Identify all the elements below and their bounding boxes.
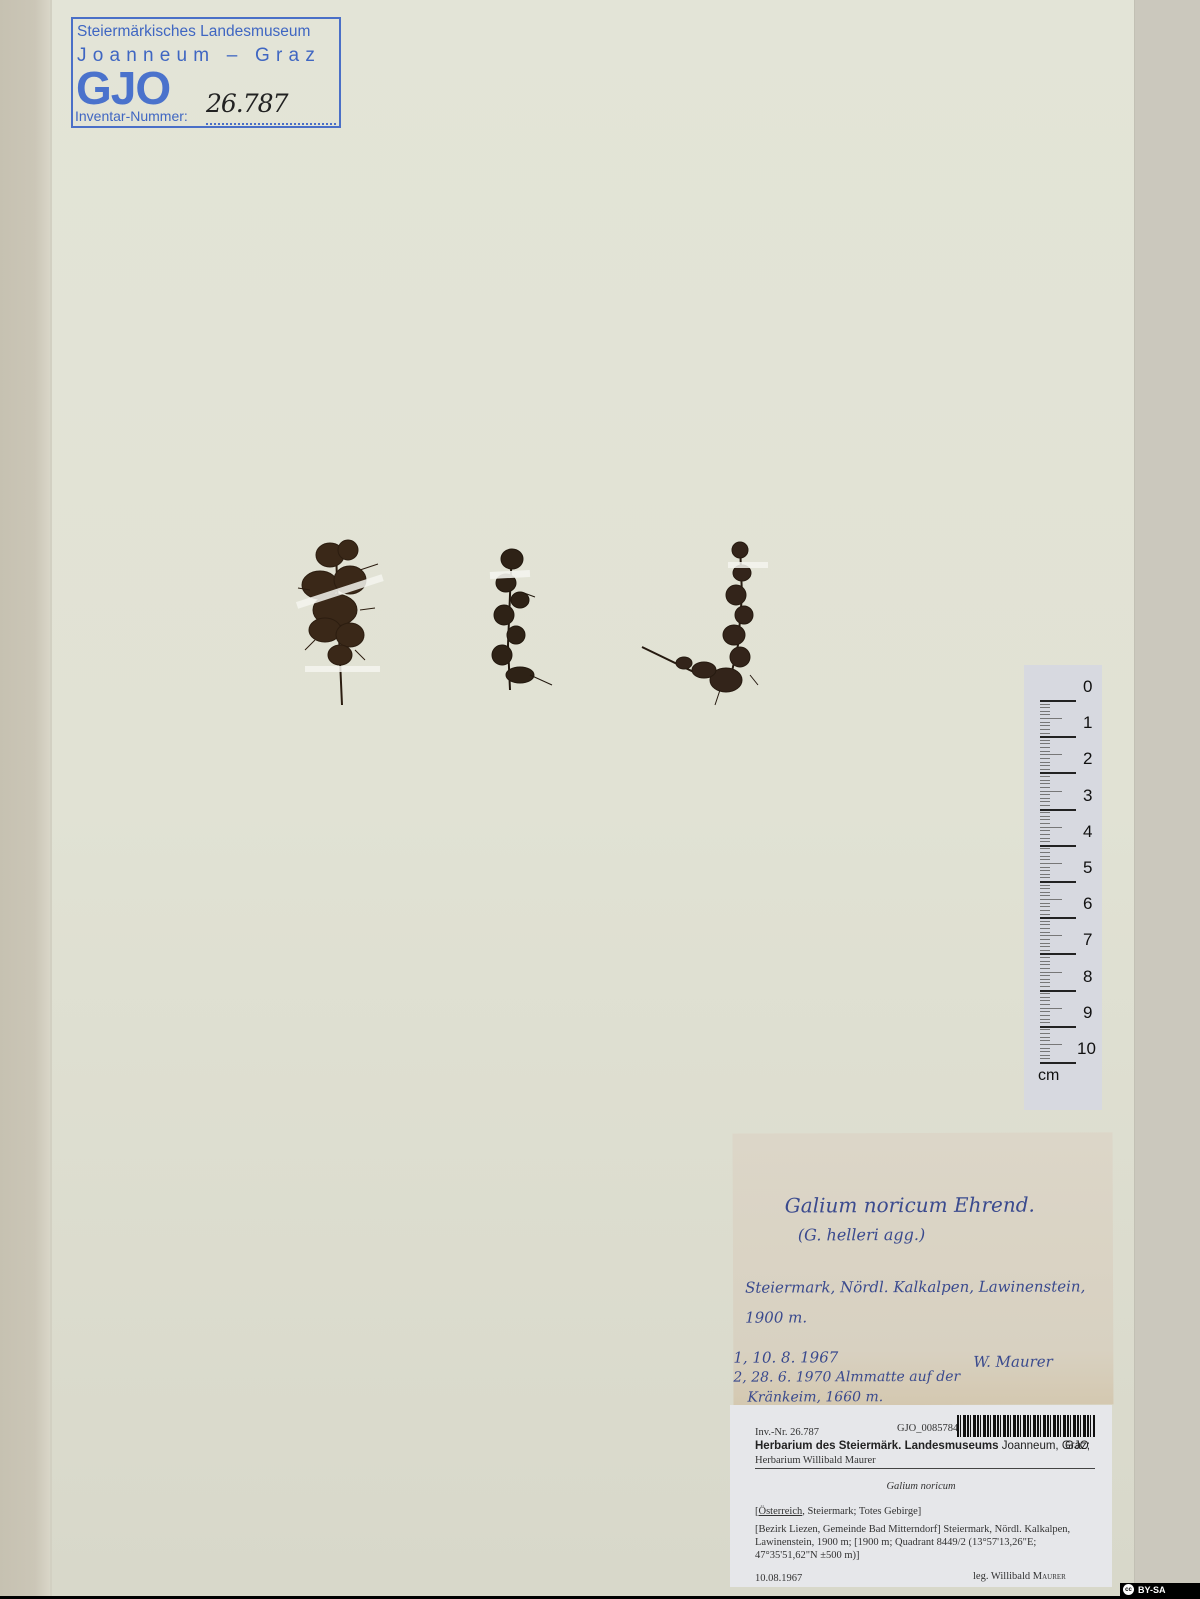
license-text: BY-SA — [1138, 1585, 1166, 1595]
ruler-minor-tick — [1040, 1051, 1050, 1052]
ruler-minor-tick — [1040, 1058, 1050, 1059]
label-divider — [755, 1468, 1095, 1469]
ruler-major-tick — [1040, 772, 1076, 774]
ruler-minor-tick — [1040, 943, 1050, 944]
ruler-major-tick — [1040, 1062, 1076, 1064]
ruler-minor-tick — [1040, 903, 1050, 904]
handwritten-collector: W. Maurer — [973, 1353, 1053, 1371]
ruler-major-tick — [1040, 953, 1076, 955]
ruler-minor-tick — [1040, 1029, 1050, 1030]
ruler-minor-tick — [1040, 856, 1050, 857]
ruler-minor-tick — [1040, 921, 1050, 922]
ruler-minor-tick — [1040, 979, 1050, 980]
ruler-label: 7 — [1083, 930, 1092, 950]
printed-label: Inv.-Nr. 26.787 GJO_0085784 Herbarium de… — [730, 1405, 1112, 1587]
ruler-minor-tick — [1040, 747, 1050, 748]
ruler-minor-tick — [1040, 1037, 1050, 1038]
ruler-minor-tick — [1040, 986, 1050, 987]
background-left-margin — [0, 0, 50, 1596]
geo-rest: , Steiermark; Totes Gebirge] — [802, 1506, 921, 1517]
ruler-minor-tick — [1040, 935, 1062, 936]
ruler-major-tick — [1040, 736, 1076, 738]
sub-herbarium: Herbarium Willibald Maurer — [755, 1455, 876, 1466]
background-right-margin — [1132, 0, 1200, 1596]
ruler-minor-tick — [1040, 972, 1062, 973]
herbarium-name-bold: Herbarium des Steiermärk. Landesmuseums — [755, 1440, 999, 1452]
ruler-minor-tick — [1040, 906, 1050, 907]
scale-ruler: 012345678910 cm — [1024, 665, 1102, 1110]
ruler-major-tick — [1040, 881, 1076, 883]
handwritten-taxon: Galium noricum Ehrend. — [785, 1193, 1035, 1218]
taxon-name: Galium noricum — [730, 1481, 1112, 1492]
ruler-minor-tick — [1040, 863, 1062, 864]
ruler-minor-tick — [1040, 704, 1050, 705]
mounting-tape — [305, 666, 380, 672]
ruler-minor-tick — [1040, 823, 1050, 824]
ruler-minor-tick — [1040, 924, 1050, 925]
ruler-minor-tick — [1040, 783, 1050, 784]
ruler-minor-tick — [1040, 776, 1050, 777]
stamp-acronym: GJO — [76, 61, 170, 115]
handwritten-date-1: 1, 10. 8. 1967 — [733, 1348, 838, 1366]
ruler-minor-tick — [1040, 812, 1050, 813]
stamp-dotted-line — [206, 123, 336, 125]
ruler-minor-tick — [1040, 791, 1062, 792]
ruler-label: 3 — [1083, 786, 1092, 806]
country: Österreich — [759, 1506, 803, 1517]
ruler-minor-tick — [1040, 939, 1050, 940]
ruler-minor-tick — [1040, 968, 1050, 969]
ruler-minor-tick — [1040, 707, 1050, 708]
ruler-minor-tick — [1040, 751, 1050, 752]
ruler-minor-tick — [1040, 722, 1050, 723]
mounting-tape — [728, 562, 768, 568]
handwritten-locality-2: Kränkeim, 1660 m. — [747, 1389, 883, 1405]
handwritten-altitude: 1900 m. — [745, 1308, 807, 1326]
ruler-minor-tick — [1040, 816, 1050, 817]
ruler-minor-tick — [1040, 711, 1050, 712]
ruler-minor-tick — [1040, 932, 1050, 933]
plant-specimen-3 — [640, 535, 770, 715]
ruler-minor-tick — [1040, 841, 1050, 842]
stamp-museum-name: Steiermärkisches Landesmuseum — [77, 23, 310, 41]
ruler-minor-tick — [1040, 801, 1050, 802]
ruler-minor-tick — [1040, 1040, 1050, 1041]
ruler-minor-tick — [1040, 910, 1050, 911]
ruler-minor-tick — [1040, 762, 1050, 763]
license-badge: cc BY-SA — [1120, 1583, 1200, 1596]
plant-specimen-2 — [480, 545, 580, 695]
collector-surname: Maurer — [1033, 1571, 1066, 1582]
ruler-minor-tick — [1040, 830, 1050, 831]
ruler-minor-tick — [1040, 1019, 1050, 1020]
ruler-minor-tick — [1040, 975, 1050, 976]
ruler-minor-tick — [1040, 1011, 1050, 1012]
inventory-number: Inv.-Nr. 26.787 — [755, 1427, 819, 1438]
ruler-minor-tick — [1040, 787, 1050, 788]
ruler-label: 6 — [1083, 894, 1092, 914]
ruler-label: 9 — [1083, 1003, 1092, 1023]
ruler-minor-tick — [1040, 874, 1050, 875]
ruler-minor-tick — [1040, 961, 1050, 962]
collector-prefix: leg. Willibald — [973, 1571, 1033, 1582]
ruler-label: 10 — [1077, 1039, 1096, 1059]
ruler-minor-tick — [1040, 899, 1062, 900]
ruler-minor-tick — [1040, 1000, 1050, 1001]
ruler-minor-tick — [1040, 859, 1050, 860]
handwritten-date-2: 2, 28. 6. 1970 Almmatte auf der — [733, 1369, 960, 1386]
ruler-major-tick — [1040, 1026, 1076, 1028]
ruler-minor-tick — [1040, 805, 1050, 806]
mounting-tape — [490, 570, 530, 579]
ruler-minor-tick — [1040, 997, 1050, 998]
ruler-label: 1 — [1083, 713, 1092, 733]
ruler-minor-tick — [1040, 957, 1050, 958]
plant-specimen-1 — [290, 530, 390, 710]
ruler-minor-tick — [1040, 1015, 1050, 1016]
ruler-minor-tick — [1040, 928, 1050, 929]
ruler-major-tick — [1040, 809, 1076, 811]
ruler-minor-tick — [1040, 1008, 1062, 1009]
ruler-minor-tick — [1040, 914, 1050, 915]
ruler-minor-tick — [1040, 769, 1050, 770]
handwritten-aggregate: (G. helleri agg.) — [798, 1225, 925, 1244]
ruler-minor-tick — [1040, 877, 1050, 878]
ruler-label: 2 — [1083, 749, 1092, 769]
handwritten-locality: Steiermark, Nördl. Kalkalpen, Lawinenste… — [745, 1277, 1085, 1296]
ruler-minor-tick — [1040, 867, 1050, 868]
ruler-minor-tick — [1040, 870, 1050, 871]
ruler-minor-tick — [1040, 714, 1050, 715]
ruler-minor-tick — [1040, 946, 1050, 947]
handwritten-label: Galium noricum Ehrend. (G. helleri agg.)… — [733, 1132, 1114, 1405]
ruler-minor-tick — [1040, 798, 1050, 799]
ruler-minor-tick — [1040, 1055, 1050, 1056]
herbarium-name: Herbarium des Steiermärk. Landesmuseums … — [755, 1440, 1090, 1452]
ruler-minor-tick — [1040, 1033, 1050, 1034]
ruler-major-tick — [1040, 845, 1076, 847]
collection-date: 10.08.1967 — [755, 1573, 802, 1584]
ruler-minor-tick — [1040, 982, 1050, 983]
ruler-minor-tick — [1040, 754, 1062, 755]
museum-stamp: Steiermärkisches Landesmuseum Joanneum –… — [71, 17, 341, 128]
creative-commons-icon: cc — [1123, 1584, 1134, 1595]
stamp-inventory-label: Inventar-Nummer: — [75, 108, 188, 124]
ruler-minor-tick — [1040, 950, 1050, 951]
ruler-minor-tick — [1040, 885, 1050, 886]
barcode-text: GJO_0085784 — [897, 1423, 958, 1434]
geography: [Österreich, Steiermark; Totes Gebirge] — [755, 1506, 921, 1517]
ruler-label: 0 — [1083, 677, 1092, 697]
barcode — [957, 1415, 1095, 1437]
ruler-minor-tick — [1040, 1022, 1050, 1023]
ruler-label: 8 — [1083, 967, 1092, 987]
ruler-minor-tick — [1040, 780, 1050, 781]
ruler-minor-tick — [1040, 733, 1050, 734]
ruler-minor-tick — [1040, 852, 1050, 853]
ruler-minor-tick — [1040, 993, 1050, 994]
ruler-major-tick — [1040, 700, 1076, 702]
ruler-minor-tick — [1040, 1048, 1050, 1049]
ruler-minor-tick — [1040, 827, 1062, 828]
stamp-inventory-number: 26.787 — [206, 89, 287, 118]
ruler-minor-tick — [1040, 758, 1050, 759]
ruler-major-tick — [1040, 990, 1076, 992]
ruler-unit: cm — [1038, 1067, 1059, 1085]
ruler-minor-tick — [1040, 765, 1050, 766]
ruler-minor-tick — [1040, 743, 1050, 744]
ruler-minor-tick — [1040, 848, 1050, 849]
locality: [Bezirk Liezen, Gemeinde Bad Mitterndorf… — [755, 1523, 1095, 1562]
ruler-minor-tick — [1040, 1044, 1062, 1045]
collector: leg. Willibald Maurer — [973, 1571, 1066, 1582]
ruler-minor-tick — [1040, 718, 1062, 719]
ruler-minor-tick — [1040, 895, 1050, 896]
ruler-minor-tick — [1040, 838, 1050, 839]
ruler-label: 4 — [1083, 822, 1092, 842]
ruler-minor-tick — [1040, 819, 1050, 820]
ruler-label: 5 — [1083, 858, 1092, 878]
ruler-minor-tick — [1040, 1004, 1050, 1005]
ruler-minor-tick — [1040, 794, 1050, 795]
ruler-minor-tick — [1040, 888, 1050, 889]
ruler-minor-tick — [1040, 740, 1050, 741]
ruler-minor-tick — [1040, 729, 1050, 730]
ruler-major-tick — [1040, 917, 1076, 919]
herbarium-code: GJO — [1065, 1440, 1089, 1452]
ruler-minor-tick — [1040, 964, 1050, 965]
ruler-minor-tick — [1040, 892, 1050, 893]
ruler-minor-tick — [1040, 725, 1050, 726]
ruler-minor-tick — [1040, 834, 1050, 835]
